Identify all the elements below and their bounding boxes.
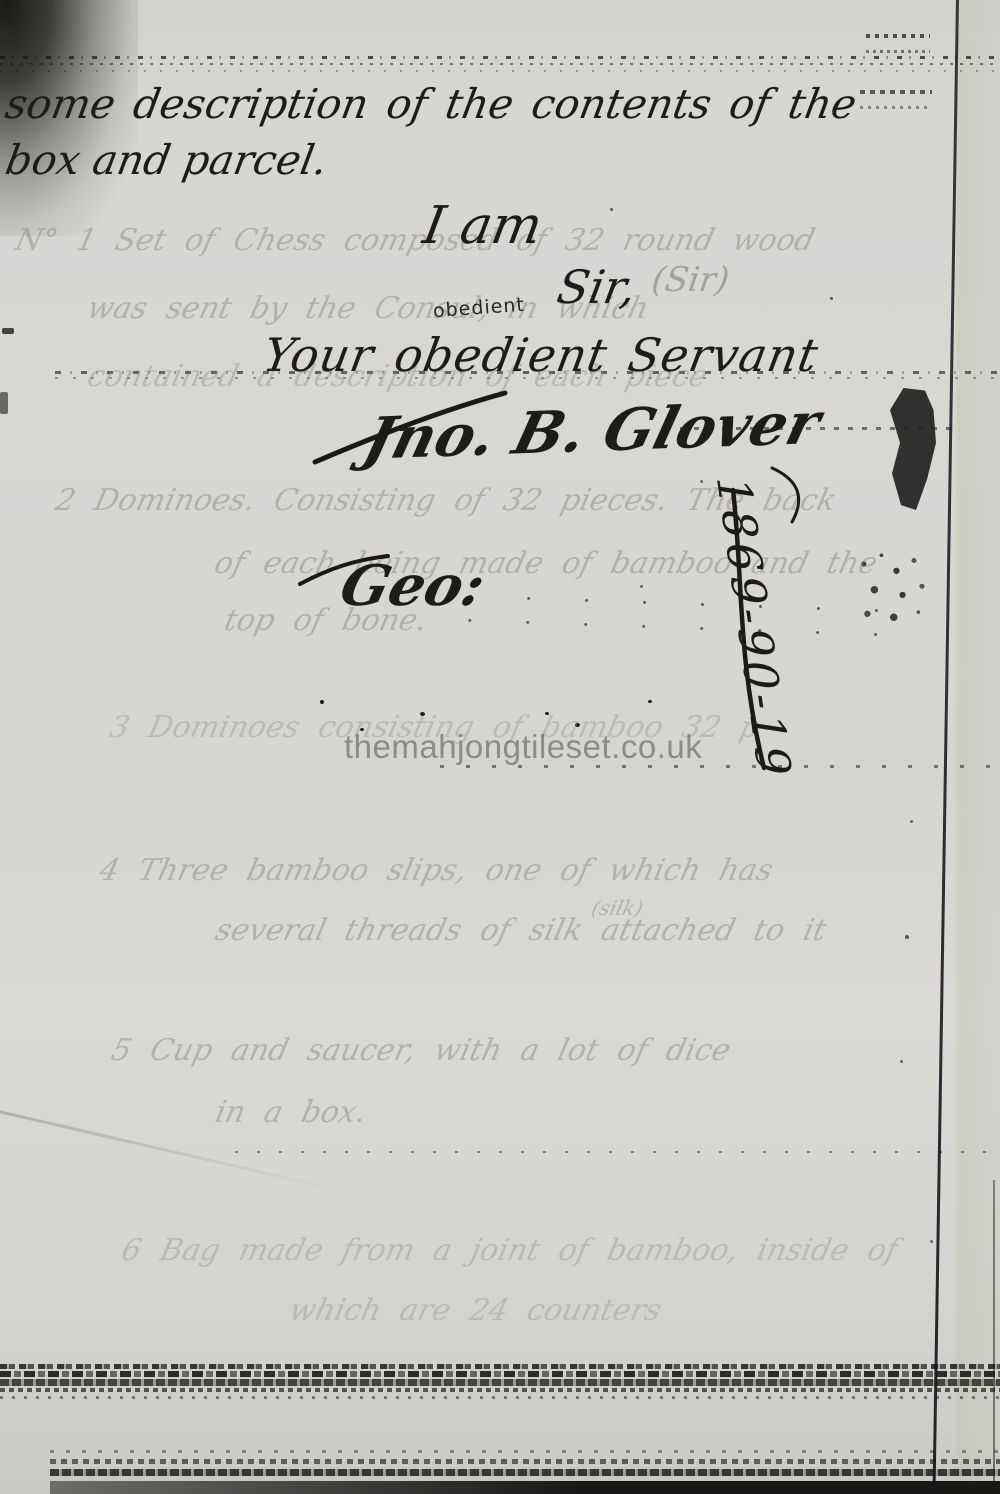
speck <box>930 1240 933 1243</box>
valediction: Your obedient Servant <box>260 332 822 378</box>
speck <box>905 935 909 939</box>
speck <box>640 585 643 588</box>
bleedthrough-line: N° 1 Set of Chess composed of 32 round w… <box>13 226 818 256</box>
bleedthrough-line: 4 Three bamboo slips, one of which has <box>97 856 776 886</box>
bleedthrough-line: 6 Bag made from a joint of bamboo, insid… <box>119 1236 901 1266</box>
speck <box>320 700 324 704</box>
ink-blotch-wedge <box>886 388 936 510</box>
letter-scan-page: N° 1 Set of Chess composed of 32 round w… <box>0 0 1000 1494</box>
edge-speckle-patch-2 <box>860 82 932 128</box>
edge-speckle-patch-1 <box>866 24 930 74</box>
speck <box>0 392 8 414</box>
toner-band-bottom <box>50 1448 1000 1494</box>
speck <box>610 208 613 211</box>
dotted-trail <box>461 588 914 650</box>
closing-sir: Sir, <box>554 264 640 310</box>
speck <box>648 700 652 703</box>
bleedthrough-line: 5 Cup and saucer, with a lot of dice <box>109 1036 734 1066</box>
bleedthrough-line: in a box. <box>213 1098 370 1128</box>
toner-dots-lower <box>235 1148 1000 1156</box>
speck <box>2 328 14 334</box>
scan-edge-line-2 <box>993 1180 995 1494</box>
speck <box>910 820 913 823</box>
closing-i-am: I am <box>419 200 546 252</box>
signature: Jno. B. Glover <box>359 394 826 468</box>
bleedthrough-line: which are 24 counters <box>287 1296 664 1326</box>
body-text-line-1: some description of the contents of the <box>2 84 859 125</box>
toner-band-top <box>0 52 1000 78</box>
speck <box>830 297 833 300</box>
speck <box>900 1060 903 1063</box>
body-text-line-2: box and parcel. <box>2 140 330 181</box>
toner-band-heavy <box>0 1362 1000 1408</box>
watermark-text: themahjongtileset.co.uk <box>344 728 702 766</box>
bleedthrough-line: of each being made of bamboo and the <box>212 549 881 579</box>
scan-edge-line <box>932 0 959 1494</box>
bleedthrough-line: several threads of silk attached to it <box>213 916 829 946</box>
sd-annotation: (Sir) <box>649 260 732 300</box>
